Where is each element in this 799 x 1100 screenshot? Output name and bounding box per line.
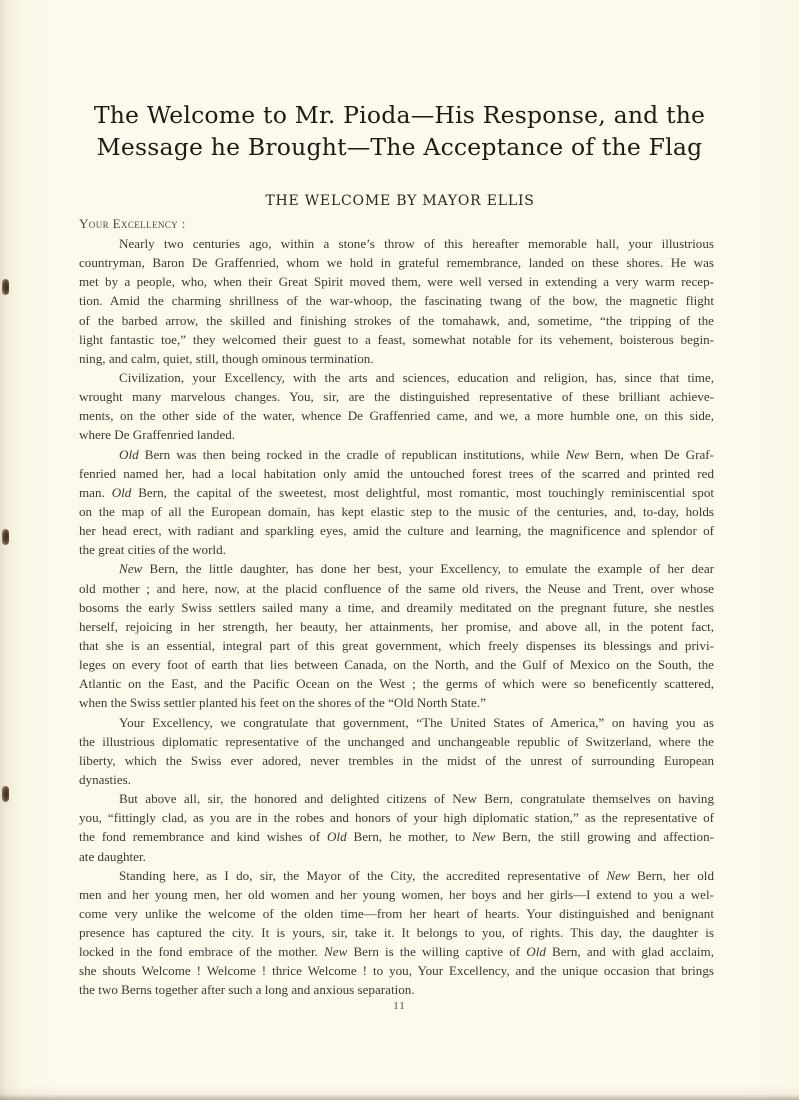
text-line: wrought many marvelous changes. You, sir…	[79, 387, 714, 406]
text-run: Civilization, your Excellency, with the …	[119, 370, 714, 385]
binding-hole-mark	[2, 786, 9, 802]
binding-hole-mark	[2, 279, 9, 295]
text-run: Bern, and with glad acclaim,	[546, 944, 714, 959]
italic-text: New	[606, 868, 629, 883]
text-run: But above all, sir, the honored and deli…	[119, 791, 714, 806]
paragraph-first-line: Civilization, your Excellency, with the …	[79, 368, 714, 387]
binding-hole-mark	[2, 529, 9, 545]
text-run: when the Swiss settler planted his feet …	[79, 695, 486, 710]
text-run: she shouts Welcome ! Welcome ! thrice We…	[79, 963, 714, 978]
text-run: man.	[79, 485, 112, 500]
italic-text: New	[566, 447, 589, 462]
text-run: leges on every foot of earth that lies b…	[79, 657, 714, 672]
paragraph-first-line: Nearly two centuries ago, within a stone…	[79, 234, 714, 253]
text-line: ments, on the other side of the water, w…	[79, 406, 714, 425]
title-line-1: The Welcome to Mr. Pioda—His Response, a…	[60, 99, 739, 131]
text-run: fenried named her, had a local habitatio…	[79, 466, 714, 481]
text-line: on the map of all the European domain, h…	[79, 502, 714, 521]
text-line: she shouts Welcome ! Welcome ! thrice We…	[79, 961, 714, 980]
text-line: that she is an essential, integral part …	[79, 636, 714, 655]
text-line: tion. Amid the charming shrillness of th…	[79, 291, 714, 310]
scanned-page: The Welcome to Mr. Pioda—His Response, a…	[0, 0, 799, 1100]
text-run: light fantastic toe,” they welcomed thei…	[79, 332, 714, 347]
text-line: countryman, Baron De Graffenried, whom w…	[79, 253, 714, 272]
salutation: Your Excellency :	[79, 216, 186, 232]
text-run: where De Graffenried landed.	[79, 427, 235, 442]
text-run: men and her young men, her old women and…	[79, 887, 714, 902]
text-line: presence has captured the city. It is yo…	[79, 923, 714, 942]
text-run: you, “fittingly clad, as you are in the …	[79, 810, 714, 825]
text-run: Bern, the little daughter, has done her …	[142, 561, 714, 576]
text-line: ate daughter.	[79, 847, 714, 866]
text-run: the illustrious diplomatic representativ…	[79, 734, 714, 749]
text-line: you, “fittingly clad, as you are in the …	[79, 808, 714, 827]
text-line: ning, and calm, quiet, still, though omi…	[79, 349, 714, 368]
body-text: Nearly two centuries ago, within a stone…	[79, 234, 714, 1000]
text-run: ning, and calm, quiet, still, though omi…	[79, 351, 374, 366]
italic-text: Old	[112, 485, 132, 500]
paragraph-first-line: Your Excellency, we congratulate that go…	[79, 713, 714, 732]
text-line: her head erect, with radiant and sparkli…	[79, 521, 714, 540]
text-line: come very unlike the welcome of the olde…	[79, 904, 714, 923]
section-heading: THE WELCOME BY MAYOR ELLIS	[100, 193, 700, 209]
text-line: where De Graffenried landed.	[79, 425, 714, 444]
text-run: her head erect, with radiant and sparkli…	[79, 523, 714, 538]
text-line: locked in the fond embrace of the mother…	[79, 942, 714, 961]
text-run: wrought many marvelous changes. You, sir…	[79, 389, 714, 404]
text-run: Your Excellency, we congratulate that go…	[119, 715, 714, 730]
page-title: The Welcome to Mr. Pioda—His Response, a…	[60, 99, 739, 163]
text-line: the fond remembrance and kind wishes of …	[79, 827, 714, 846]
text-line: man. Old Bern, the capital of the sweete…	[79, 483, 714, 502]
text-run: Bern, the capital of the sweetest, most …	[131, 485, 714, 500]
paragraph-first-line: New Bern, the little daughter, has done …	[79, 559, 714, 578]
text-run: Standing here, as I do, sir, the Mayor o…	[119, 868, 606, 883]
text-line: herself, rejoicing in her strength, her …	[79, 617, 714, 636]
text-line: fenried named her, had a local habitatio…	[79, 464, 714, 483]
text-run: herself, rejoicing in her strength, her …	[79, 619, 714, 634]
text-run: met by a people, who, when their Great S…	[79, 274, 714, 289]
text-run: liberty, which the Swiss ever adored, ne…	[79, 753, 714, 768]
text-run: the fond remembrance and kind wishes of	[79, 829, 327, 844]
page-edge-shadow	[0, 1086, 799, 1100]
paragraph-first-line: Standing here, as I do, sir, the Mayor o…	[79, 866, 714, 885]
text-run: the two Berns together after such a long…	[79, 982, 415, 997]
text-run: of the barbed arrow, the skilled and fin…	[79, 313, 714, 328]
italic-text: New	[324, 944, 347, 959]
text-line: liberty, which the Swiss ever adored, ne…	[79, 751, 714, 770]
text-run: that she is an essential, integral part …	[79, 638, 714, 653]
italic-text: Old	[119, 447, 139, 462]
text-line: when the Swiss settler planted his feet …	[79, 693, 714, 712]
paragraph-first-line: But above all, sir, the honored and deli…	[79, 789, 714, 808]
italic-text: Old	[526, 944, 546, 959]
text-run: tion. Amid the charming shrillness of th…	[79, 293, 714, 308]
text-run: presence has captured the city. It is yo…	[79, 925, 714, 940]
text-run: Bern, he mother, to	[347, 829, 472, 844]
text-run: Atlantic on the East, and the Pacific Oc…	[79, 676, 714, 691]
text-run: Bern was then being rocked in the cradle…	[139, 447, 566, 462]
text-run: come very unlike the welcome of the olde…	[79, 906, 714, 921]
text-line: leges on every foot of earth that lies b…	[79, 655, 714, 674]
text-line: light fantastic toe,” they welcomed thei…	[79, 330, 714, 349]
text-run: old mother ; and here, now, at the placi…	[79, 581, 714, 596]
text-run: Bern is the willing captive of	[347, 944, 526, 959]
title-line-2: Message he Brought—The Acceptance of the…	[60, 131, 739, 163]
text-run: ments, on the other side of the water, w…	[79, 408, 714, 423]
text-line: the illustrious diplomatic representativ…	[79, 732, 714, 751]
text-run: countryman, Baron De Graffenried, whom w…	[79, 255, 714, 270]
text-line: the great cities of the world.	[79, 540, 714, 559]
text-run: dynasties.	[79, 772, 131, 787]
text-run: Bern, the still growing and affection-	[495, 829, 714, 844]
text-line: met by a people, who, when their Great S…	[79, 272, 714, 291]
text-run: locked in the fond embrace of the mother…	[79, 944, 324, 959]
text-run: bosoms the early Swiss settlers sailed m…	[79, 600, 714, 615]
text-line: of the barbed arrow, the skilled and fin…	[79, 311, 714, 330]
text-line: men and her young men, her old women and…	[79, 885, 714, 904]
italic-text: New	[472, 829, 495, 844]
text-run: Nearly two centuries ago, within a stone…	[119, 236, 714, 251]
text-line: dynasties.	[79, 770, 714, 789]
text-run: Bern, when De Graf-	[589, 447, 714, 462]
text-run: on the map of all the European domain, h…	[79, 504, 714, 519]
page-number: 11	[0, 1000, 799, 1012]
italic-text: Old	[327, 829, 347, 844]
text-line: old mother ; and here, now, at the placi…	[79, 579, 714, 598]
italic-text: New	[119, 561, 142, 576]
paragraph-first-line: Old Bern was then being rocked in the cr…	[79, 445, 714, 464]
text-run: the great cities of the world.	[79, 542, 226, 557]
text-line: the two Berns together after such a long…	[79, 980, 714, 999]
text-run: Bern, her old	[630, 868, 714, 883]
text-run: ate daughter.	[79, 849, 146, 864]
text-line: bosoms the early Swiss settlers sailed m…	[79, 598, 714, 617]
text-line: Atlantic on the East, and the Pacific Oc…	[79, 674, 714, 693]
